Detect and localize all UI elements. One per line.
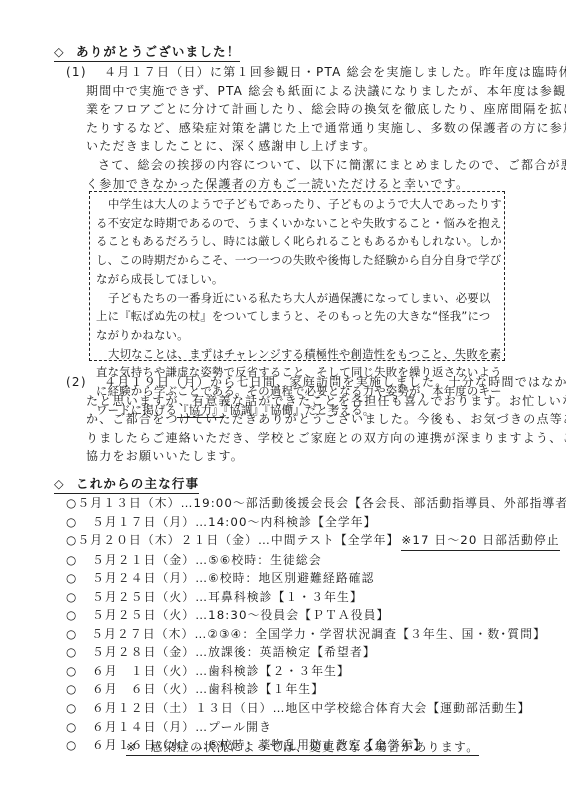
event-description: …18:30～役員会【ＰＴＡ役員】 [195, 606, 389, 625]
event-date: ５月２７日（木） [91, 625, 194, 644]
text-line: ４月１９日（月）から七日間、家庭訪問を実施しました。十分な時間ではなかっ [104, 375, 566, 389]
circle-bullet-icon: ○ [66, 531, 77, 551]
event-description: …⑤⑥校時：生徒総会 [195, 551, 322, 570]
event-date: ５月２８日（金） [92, 643, 195, 662]
event-item: ○ ５月２０日（木）２１日（金） …中間テスト【全学年】 ※17 日～20 日部… [66, 531, 546, 551]
event-date: ５月１７日（月） [92, 513, 195, 532]
circle-bullet-icon: ○ [66, 513, 92, 532]
event-description: …歯科検診【１年生】 [195, 680, 324, 699]
item-2-paragraph: (2)４月１９日（月）から七日間、家庭訪問を実施しました。十分な時間ではなかっ … [66, 373, 541, 466]
event-description: …歯科検診【２・３年生】 [195, 662, 350, 681]
event-date: ５月２５日（火） [92, 588, 195, 607]
event-item: ○ ６月 ６日（火） …歯科検診【１年生】 [66, 680, 546, 699]
event-description: …14:00～内科検診【全学年】 [195, 513, 376, 532]
circle-bullet-icon: ○ [66, 551, 92, 570]
event-date: ６月１４日（月） [92, 718, 195, 737]
text-line: ４月１７日（日）に第１回参観日・PTA 総会を実施しました。昨年度は臨時休業 [104, 65, 566, 79]
event-item: ○ ５月２８日（金） …放課後：英語検定【希望者】 [66, 643, 546, 662]
event-item: ○ ５月２５日（火） …耳鼻科検診【１・３年生】 [66, 588, 546, 607]
circle-bullet-icon: ○ [66, 625, 91, 644]
event-item: ○ ５月２４日（月） …⑥校時：地区別避難経路確認 [66, 569, 546, 588]
event-item: ○ ５月１７日（月） …14:00～内科検診【全学年】 [66, 513, 546, 532]
circle-bullet-icon: ○ [66, 643, 92, 662]
event-date: ６月 １日（火） [92, 662, 195, 681]
text-line: か、ご都合をつけていただきありがとうございました。今後も、お気づきの点等あ [66, 410, 541, 429]
schedule-change-footnote: ※ 感染症の状況によっては、変更になる場合があります。 [126, 738, 479, 756]
event-date: ５月１３日（木） [77, 494, 180, 513]
circle-bullet-icon: ○ [66, 569, 92, 588]
principal-message-box: 中学生は大人のようで子どもであったり、子どものようで大人であったりする不安定な時… [89, 191, 505, 361]
event-item: ○ ６月１４日（月） …プール開き [66, 718, 546, 737]
event-description: …中間テスト【全学年】 [258, 531, 399, 551]
text-line: 協力をお願いいたします。 [66, 447, 541, 466]
event-item: ○ ６月１２日（土）１３日（日） …地区中学校総合体育大会【運動部活動生】 [66, 699, 546, 718]
item-number: (1) [66, 63, 104, 82]
circle-bullet-icon: ○ [66, 680, 92, 699]
event-description: …⑥校時：地区別避難経路確認 [195, 569, 374, 588]
circle-bullet-icon: ○ [66, 736, 92, 755]
event-date: ５月２５日（火） [92, 606, 195, 625]
event-date: ５月２０日（木）２１日（金） [77, 531, 258, 551]
text-line: さて、総会の挨拶の内容について、以下に簡潔にまとめましたので、ご都合が悪 [66, 156, 541, 175]
event-date: ６月１２日（土）１３日（日） [92, 699, 273, 718]
event-item: ○ ５月２７日（木） …②③④：全国学力・学習状況調査【３年生、国・数･質問】 [66, 625, 546, 644]
text-line: たりするなど、感染症対策を講じた上で通常通り実施し、多数の保護者の方に参加 [66, 119, 541, 138]
event-description: …地区中学校総合体育大会【運動部活動生】 [273, 699, 531, 718]
circle-bullet-icon: ○ [66, 588, 92, 607]
event-date: ５月２１日（金） [92, 551, 195, 570]
section-title: これからの主な行事 [76, 476, 199, 491]
section-title: ありがとうございました！ [76, 44, 240, 59]
event-item: ○ ５月１３日（木） …19:00～部活動後援会長会【各会長、部活動指導員、外部… [66, 494, 546, 513]
section-heading-thanks: ◇ありがとうございました！ [54, 42, 240, 62]
text-line: いただきましたことに、深く感謝申し上げます。 [66, 137, 541, 156]
event-item: ○ ５月２５日（火） …18:30～役員会【ＰＴＡ役員】 [66, 606, 546, 625]
event-item: ○ ５月２１日（金） …⑤⑥校時：生徒総会 [66, 551, 546, 570]
circle-bullet-icon: ○ [66, 606, 92, 625]
circle-bullet-icon: ○ [66, 494, 77, 513]
circle-bullet-icon: ○ [66, 699, 92, 718]
newsletter-page: ◇ありがとうございました！ (1)４月１７日（日）に第１回参観日・PTA 総会を… [0, 0, 566, 800]
quote-paragraph-2: 子どもたちの一番身近にいる私たち大人が過保護になってしまい、必要以上に『転ばぬ先… [96, 289, 502, 345]
circle-bullet-icon: ○ [66, 662, 92, 681]
text-line: たと思いますが、有意義な話ができたことを各担任も喜んでおります。お忙しいな [66, 392, 541, 411]
text-line: 期間中で実施できず、PTA 総会も紙面による決議になりましたが、本年度は参観授 [66, 82, 541, 101]
event-date: ６月 ６日（火） [92, 680, 195, 699]
event-note: ※17 日～20 日部活動停止 [401, 531, 559, 551]
event-date: ５月２４日（月） [92, 569, 195, 588]
item-1-paragraph: (1)４月１７日（日）に第１回参観日・PTA 総会を実施しました。昨年度は臨時休… [66, 63, 541, 193]
event-description: …19:00～部活動後援会長会【各会長、部活動指導員、外部指導者】 [181, 494, 566, 513]
text-line: 業をフロアごとに分けて計画したり、総会時の換気を徹底したり、座席間隔を拡げ [66, 100, 541, 119]
diamond-icon: ◇ [54, 44, 76, 59]
text-line: りましたらご連絡いただき、学校とご家庭との双方向の連携が深まりますよう、ご [66, 429, 541, 448]
events-list: ○ ５月１３日（木） …19:00～部活動後援会長会【各会長、部活動指導員、外部… [66, 494, 546, 755]
event-description: …耳鼻科検診【１・３年生】 [195, 588, 363, 607]
quote-paragraph-1: 中学生は大人のようで子どもであったり、子どものようで大人であったりする不安定な時… [96, 195, 502, 289]
event-item: ○ ６月 １日（火） …歯科検診【２・３年生】 [66, 662, 546, 681]
event-description: …放課後：英語検定【希望者】 [195, 643, 376, 662]
circle-bullet-icon: ○ [66, 718, 92, 737]
section-heading-upcoming-events: ◇これからの主な行事 [54, 474, 199, 494]
event-description: …②③④：全国学力・学習状況調査【３年生、国・数･質問】 [194, 625, 546, 644]
event-description: …プール開き [195, 718, 272, 737]
diamond-icon: ◇ [54, 476, 76, 491]
item-number: (2) [66, 373, 104, 392]
